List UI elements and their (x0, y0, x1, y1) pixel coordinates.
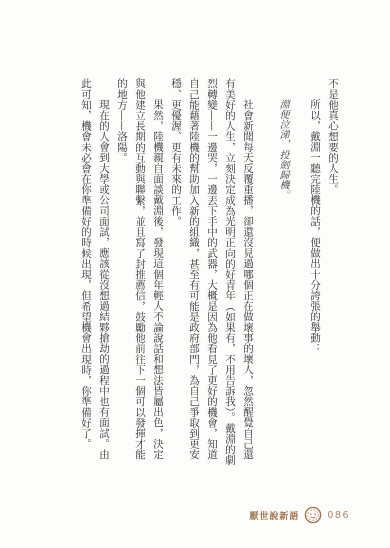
book-title: 厭世說新語 (249, 509, 299, 522)
paragraph-commentary-2: 果然，陸機親自面談戴淵後，發現這個年輕人不論說話和想法皆屬出色，決定與他建立長期… (113, 78, 167, 468)
paragraph-commentary-1: 社會新聞每天反覆重播，卻還沒見過哪個正在做壞事的壞人，忽然醒覺自己還有美好的人生… (167, 78, 257, 468)
paragraph-commentary-3: 現在的人會到大學或公司面試，應該從沒想過結夥搶劫的過程中也有面試。由此可知，機會… (77, 78, 113, 468)
classical-quote: 淵便泣涕，投劍歸機。 (273, 78, 291, 468)
paragraph-intro: 所以，戴淵一聽完陸機的話，便做出十分誇張的舉動： (306, 78, 324, 468)
page-footer: 厭世說新語 086 (249, 506, 350, 524)
paragraph-continuation: 不是他真心想要的人生。 (324, 78, 342, 468)
publisher-seal-icon (304, 506, 322, 524)
book-page: 不是他真心想要的人生。 所以，戴淵一聽完陸機的話，便做出十分誇張的舉動： 淵便泣… (0, 0, 390, 548)
text-area: 不是他真心想要的人生。 所以，戴淵一聽完陸機的話，便做出十分誇張的舉動： 淵便泣… (77, 78, 342, 468)
page-number: 086 (327, 510, 350, 521)
